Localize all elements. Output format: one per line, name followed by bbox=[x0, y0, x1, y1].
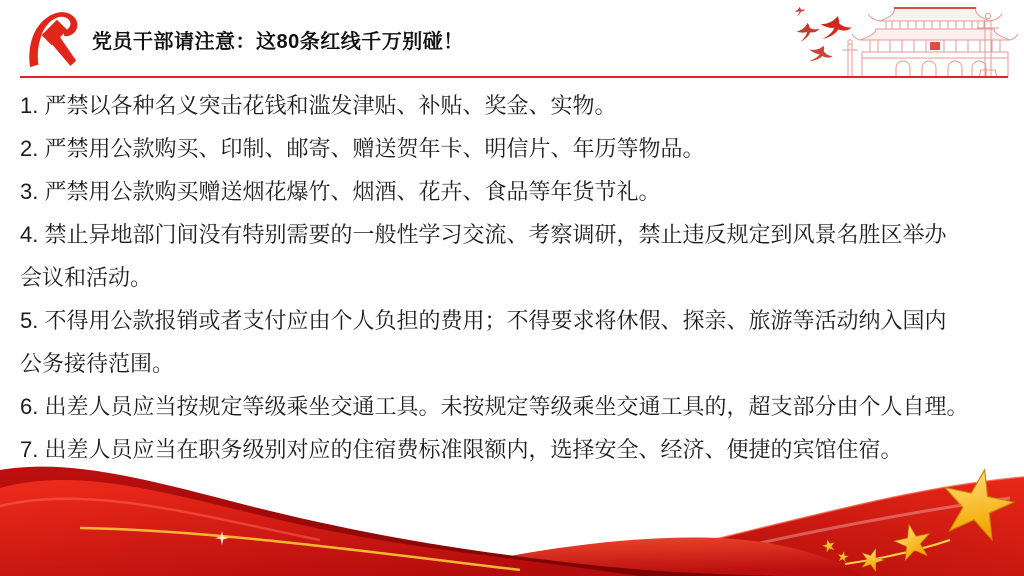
slide-canvas: 党员干部请注意：这80条红线千万别碰！ bbox=[0, 0, 1024, 576]
rule-item: 6. 出差人员应当按规定等级乘坐交通工具。未按规定等级乘坐交通工具的，超支部分由… bbox=[20, 385, 1012, 428]
slide-header: 党员干部请注意：这80条红线千万别碰！ bbox=[0, 0, 1024, 80]
header-divider bbox=[20, 76, 1008, 78]
party-emblem-icon bbox=[24, 7, 90, 71]
doves-icon bbox=[794, 6, 853, 67]
rule-item: 4. 禁止异地部门间没有特别需要的一般性学习交流、考察调研，禁止违反规定到风景名… bbox=[20, 213, 1012, 299]
rule-item: 5. 不得用公款报销或者支付应由个人负担的费用；不得要求将休假、探亲、旅游等活动… bbox=[20, 299, 1012, 385]
header-decoration bbox=[764, 0, 1024, 80]
rule-item: 3. 严禁用公款购买赠送烟花爆竹、烟酒、花卉、食品等年货节礼。 bbox=[20, 170, 1012, 213]
rule-item: 1. 严禁以各种名义突击花钱和滥发津贴、补贴、奖金、实物。 bbox=[20, 84, 1012, 127]
huabiao-pillar-icon bbox=[842, 40, 858, 77]
tiananmen-illustration bbox=[842, 8, 1018, 77]
ribbon-decoration bbox=[0, 454, 1024, 576]
slide-title: 党员干部请注意：这80条红线千万别碰！ bbox=[92, 25, 464, 54]
rules-list: 1. 严禁以各种名义突击花钱和滥发津贴、补贴、奖金、实物。 2. 严禁用公款购买… bbox=[20, 84, 1012, 471]
rule-item: 2. 严禁用公款购买、印制、邮寄、赠送贺年卡、明信片、年历等物品。 bbox=[20, 127, 1012, 170]
